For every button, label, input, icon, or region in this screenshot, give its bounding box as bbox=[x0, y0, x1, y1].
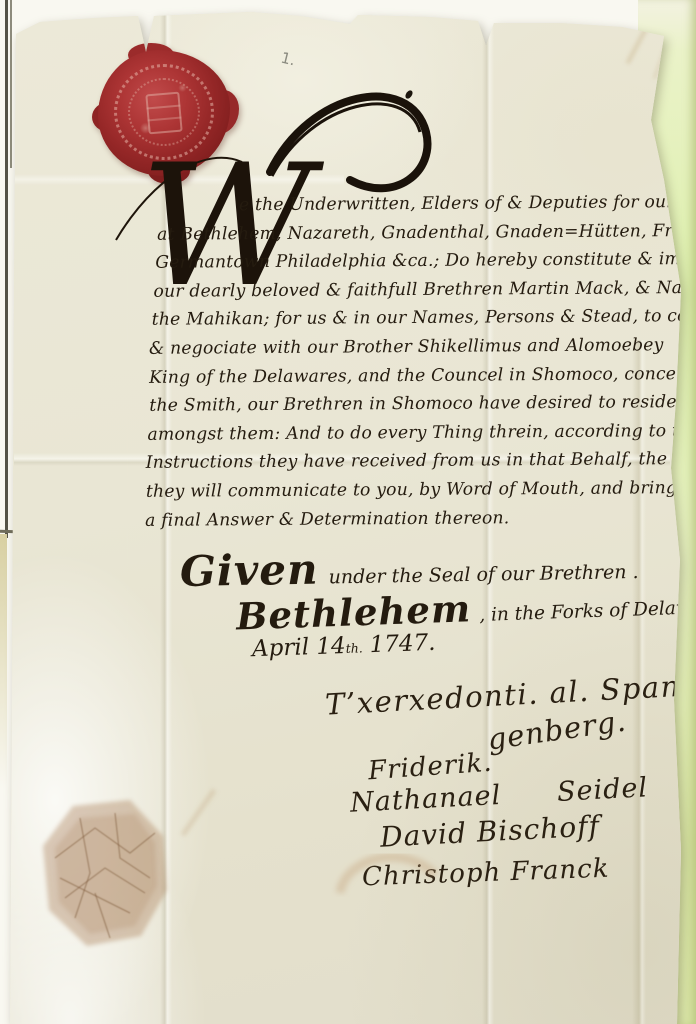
smudge bbox=[181, 789, 217, 837]
manuscript-page-wrapper: 1. W e the Underwritten, Elders of & Dep… bbox=[0, 0, 696, 1024]
attestation-given-word: Given bbox=[180, 545, 319, 596]
signature-seidel: Seidel bbox=[556, 772, 649, 808]
manuscript-line: at Bethlehem, Nazareth, Gnadenthal, Gnad… bbox=[143, 217, 675, 249]
manuscript-line: e the Underwritten, Elders of & Deputies… bbox=[143, 188, 675, 220]
attestation-place-rest: , in the Forks of Delaware bbox=[479, 597, 696, 626]
signature-nathanael: Nathanael bbox=[349, 780, 502, 819]
signature-spangenberg-line1: T’xerxedonti. al. Span- bbox=[324, 668, 693, 721]
manuscript-line: they will communicate to you, by Word of… bbox=[145, 474, 677, 506]
manuscript-line: our dearly beloved & faithfull Brethren … bbox=[143, 274, 675, 306]
page-number-annotation: 1. bbox=[279, 49, 297, 70]
seal-stain bbox=[35, 798, 175, 953]
manuscript-line: the Smith, our Brethren in Shomoco have … bbox=[144, 388, 676, 420]
manuscript-line: King of the Delawares, and the Councel i… bbox=[144, 360, 676, 392]
manuscript-line: Instructions they have received from us … bbox=[145, 445, 677, 477]
manuscript-body-text: e the Underwritten, Elders of & Deputies… bbox=[143, 188, 677, 535]
manuscript-line: amongst them: And to do every Thing thre… bbox=[144, 417, 676, 449]
attestation-date-year: 1747. bbox=[369, 630, 436, 658]
attestation-date-day: April 14 bbox=[252, 633, 346, 662]
manuscript-page: 1. W e the Underwritten, Elders of & Dep… bbox=[0, 0, 696, 1024]
smudge-crescent bbox=[330, 835, 450, 910]
manuscript-line: the Mahikan; for us & in our Names, Pers… bbox=[144, 303, 676, 335]
manuscript-line: Germantown Philadelphia &ca.; Do hereby … bbox=[143, 245, 675, 277]
manuscript-line: a final Answer & Determination thereon. bbox=[145, 503, 677, 535]
attestation-date: April 14th.1747. bbox=[252, 630, 436, 662]
smudge bbox=[653, 39, 670, 79]
attestation-place-word: Bethlehem bbox=[235, 586, 471, 638]
attestation-date-ordinal: th. bbox=[345, 640, 363, 656]
smudge bbox=[626, 8, 659, 65]
manuscript-line: & negociate with our Brother Shikellimus… bbox=[144, 331, 676, 363]
